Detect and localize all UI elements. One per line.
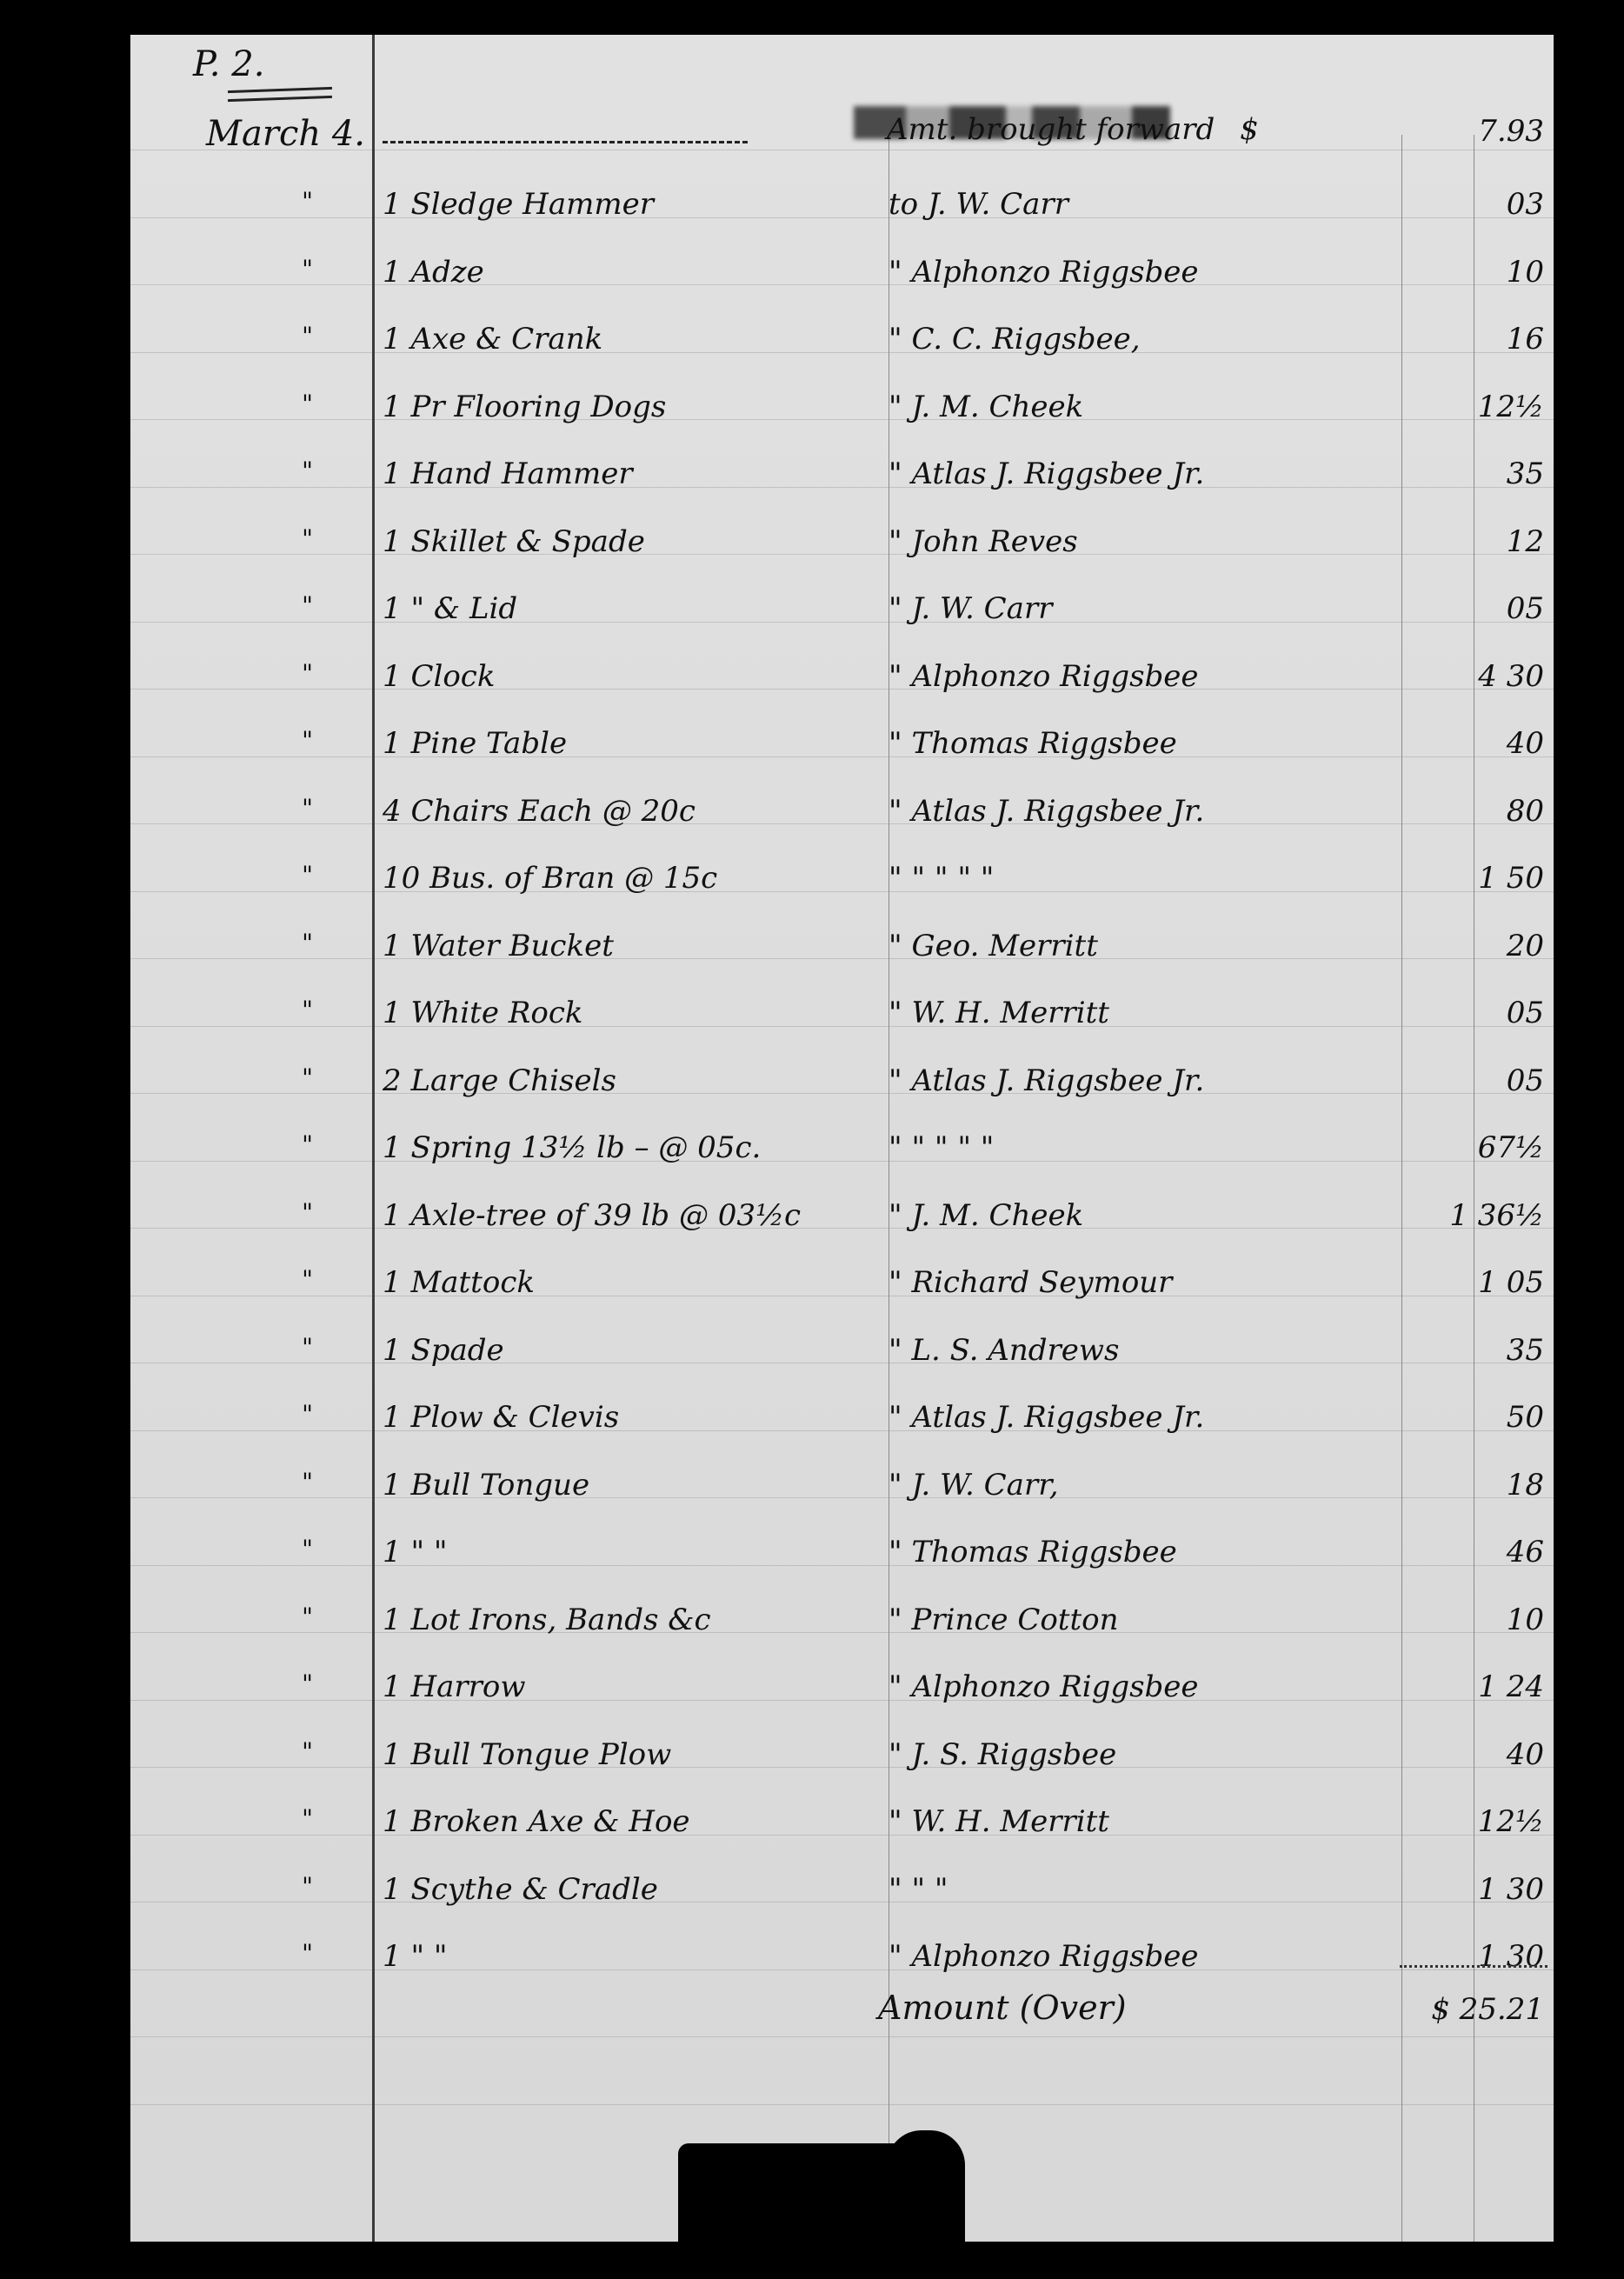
- row-amount: 1 24: [1391, 1672, 1544, 1702]
- row-purchaser: " C. C. Riggsbee,: [889, 324, 1428, 354]
- row-date-ditto: ": [130, 392, 313, 416]
- row-date-ditto: ": [130, 1066, 313, 1090]
- page-label: P. 2.: [193, 47, 264, 82]
- row-date-ditto: ": [130, 190, 313, 214]
- row-amount: 05: [1391, 1066, 1544, 1096]
- row-date-ditto: ": [130, 662, 313, 686]
- row-purchaser: " J. S. Riggsbee: [889, 1740, 1428, 1769]
- row-purchaser: " John Reves: [889, 527, 1428, 556]
- row-date-ditto: ": [130, 1875, 313, 1899]
- row-item: 1 Pine Table: [383, 729, 869, 758]
- row-amount: 1 05: [1391, 1268, 1544, 1297]
- row-date-ditto: ": [130, 1201, 313, 1225]
- forward-label: Amt. brought forward: [887, 112, 1215, 147]
- row-item: 4 Chairs Each @ 20c: [383, 796, 869, 826]
- row-amount: 35: [1391, 1336, 1544, 1365]
- row-date-ditto: ": [130, 594, 313, 618]
- row-amount: 80: [1391, 796, 1544, 826]
- torn-edge: [887, 2130, 965, 2279]
- row-item: 1 Clock: [383, 662, 869, 691]
- row-purchaser: " Geo. Merritt: [889, 931, 1428, 961]
- page-label-underline: [228, 96, 332, 102]
- row-purchaser: to J. W. Carr: [889, 190, 1428, 219]
- row-item: 1 " ": [383, 1537, 869, 1567]
- row-item: 2 Large Chisels: [383, 1066, 869, 1096]
- row-purchaser: " Alphonzo Riggsbee: [889, 257, 1428, 287]
- row-date-ditto: ": [130, 1807, 313, 1831]
- row-date-ditto: ": [130, 257, 313, 282]
- row-purchaser: " Atlas J. Riggsbee Jr.: [889, 1403, 1428, 1432]
- row-item: 1 " ": [383, 1942, 869, 1971]
- row-purchaser: " Alphonzo Riggsbee: [889, 1672, 1428, 1702]
- row-date-ditto: ": [130, 1942, 313, 1966]
- cents-column-divider: [1474, 135, 1474, 2242]
- row-purchaser: " Alphonzo Riggsbee: [889, 1942, 1428, 1971]
- row-item: 1 Mattock: [383, 1268, 869, 1297]
- page-label-underline: [228, 87, 332, 93]
- row-purchaser: " Atlas J. Riggsbee Jr.: [889, 459, 1428, 489]
- row-purchaser: " Atlas J. Riggsbee Jr.: [889, 1066, 1428, 1096]
- row-item: 1 Adze: [383, 257, 869, 287]
- forward-date: March 4.: [130, 117, 365, 151]
- row-amount: 03: [1391, 190, 1544, 219]
- row-date-ditto: ": [130, 729, 313, 753]
- row-date-ditto: ": [130, 1672, 313, 1696]
- date-column-divider: [372, 35, 375, 2242]
- row-purchaser: " J. M. Cheek: [889, 392, 1428, 422]
- row-item: 1 Pr Flooring Dogs: [383, 392, 869, 422]
- row-purchaser: " Thomas Riggsbee: [889, 729, 1428, 758]
- forward-amount: 7.93: [1391, 117, 1544, 146]
- row-date-ditto: ": [130, 931, 313, 956]
- row-amount: 40: [1391, 1740, 1544, 1769]
- total-amount: $ 25.21: [1391, 1995, 1544, 2024]
- row-item: 1 Harrow: [383, 1672, 869, 1702]
- row-item: 1 Skillet & Spade: [383, 527, 869, 556]
- row-date-ditto: ": [130, 998, 313, 1023]
- row-amount: 4 30: [1391, 662, 1544, 691]
- row-date-ditto: ": [130, 1740, 313, 1764]
- row-item: 1 Axe & Crank: [383, 324, 869, 354]
- row-item: 1 Spade: [383, 1336, 869, 1365]
- row-item: 1 Water Bucket: [383, 931, 869, 961]
- forward-dollars: 7: [1478, 114, 1497, 149]
- purchaser-column-divider: [889, 135, 889, 2242]
- forward-dash-line: [383, 122, 869, 151]
- row-date-ditto: ": [130, 1403, 313, 1427]
- row-purchaser: " Prince Cotton: [889, 1605, 1428, 1635]
- row-item: 1 Bull Tongue Plow: [383, 1740, 869, 1769]
- row-date-ditto: ": [130, 1470, 313, 1495]
- row-date-ditto: ": [130, 863, 313, 888]
- row-purchaser: " Richard Seymour: [889, 1268, 1428, 1297]
- row-item: 1 Bull Tongue: [383, 1470, 869, 1500]
- row-purchaser: " J. M. Cheek: [889, 1201, 1428, 1230]
- currency-symbol: $: [1240, 112, 1259, 147]
- row-purchaser: " J. W. Carr,: [889, 1470, 1428, 1500]
- row-item: 1 Hand Hammer: [383, 459, 869, 489]
- row-purchaser: " " " " ": [889, 1133, 1428, 1163]
- row-date-ditto: ": [130, 1336, 313, 1360]
- row-purchaser: " J. W. Carr: [889, 594, 1428, 623]
- row-amount: 16: [1391, 324, 1544, 354]
- row-amount: 1 36½: [1391, 1201, 1544, 1230]
- row-date-ditto: ": [130, 459, 313, 483]
- row-item: 1 Lot Irons, Bands &c: [383, 1605, 869, 1635]
- row-amount: 12½: [1391, 1807, 1544, 1836]
- row-amount: 46: [1391, 1537, 1544, 1567]
- row-amount: 40: [1391, 729, 1544, 758]
- row-amount: 1 30: [1391, 1875, 1544, 1904]
- row-item: 1 Axle-tree of 39 lb @ 03½c: [383, 1201, 869, 1230]
- row-amount: 1 50: [1391, 863, 1544, 893]
- ledger-page: P. 2. March 4. Amt. brought forward $ 7.…: [130, 35, 1554, 2242]
- total-value: 25.21: [1460, 1992, 1544, 2027]
- forward-cents: 93: [1507, 114, 1544, 149]
- row-date-ditto: ": [130, 1133, 313, 1157]
- currency-symbol: $: [1431, 1992, 1450, 2027]
- row-item: 10 Bus. of Bran @ 15c: [383, 863, 869, 893]
- sum-rule: [1400, 1965, 1547, 1968]
- ruled-line: [130, 2104, 1554, 2105]
- row-item: 1 Spring 13½ lb – @ 05c.: [383, 1133, 869, 1163]
- row-amount: 50: [1391, 1403, 1544, 1432]
- row-amount: 05: [1391, 998, 1544, 1028]
- row-item: 1 Sledge Hammer: [383, 190, 869, 219]
- forward-description: Amt. brought forward $: [887, 115, 1426, 144]
- row-date-ditto: ": [130, 324, 313, 349]
- row-purchaser: " " ": [889, 1875, 1428, 1904]
- row-amount: 20: [1391, 931, 1544, 961]
- row-item: 1 Scythe & Cradle: [383, 1875, 869, 1904]
- row-date-ditto: ": [130, 1268, 313, 1292]
- row-purchaser: " " " " ": [889, 863, 1428, 893]
- row-date-ditto: ": [130, 527, 313, 551]
- row-purchaser: " Alphonzo Riggsbee: [889, 662, 1428, 691]
- row-amount: 67½: [1391, 1133, 1544, 1163]
- row-item: 1 " & Lid: [383, 594, 869, 623]
- row-amount: 12: [1391, 527, 1544, 556]
- row-purchaser: " Atlas J. Riggsbee Jr.: [889, 796, 1428, 826]
- dollars-column-divider: [1401, 135, 1402, 2242]
- row-item: 1 White Rock: [383, 998, 869, 1028]
- row-purchaser: " Thomas Riggsbee: [889, 1537, 1428, 1567]
- row-amount: 10: [1391, 1605, 1544, 1635]
- row-amount: 10: [1391, 257, 1544, 287]
- total-label: Amount (Over): [878, 1991, 1417, 2024]
- row-amount: 12½: [1391, 392, 1544, 422]
- row-purchaser: " W. H. Merritt: [889, 998, 1428, 1028]
- row-purchaser: " L. S. Andrews: [889, 1336, 1428, 1365]
- row-date-ditto: ": [130, 1605, 313, 1629]
- row-amount: 18: [1391, 1470, 1544, 1500]
- ruled-line: [130, 2036, 1554, 2037]
- row-date-ditto: ": [130, 796, 313, 821]
- row-purchaser: " W. H. Merritt: [889, 1807, 1428, 1836]
- row-item: 1 Broken Axe & Hoe: [383, 1807, 869, 1836]
- dash-line: [383, 134, 748, 143]
- row-date-ditto: ": [130, 1537, 313, 1562]
- row-amount: 05: [1391, 594, 1544, 623]
- row-amount: 35: [1391, 459, 1544, 489]
- row-item: 1 Plow & Clevis: [383, 1403, 869, 1432]
